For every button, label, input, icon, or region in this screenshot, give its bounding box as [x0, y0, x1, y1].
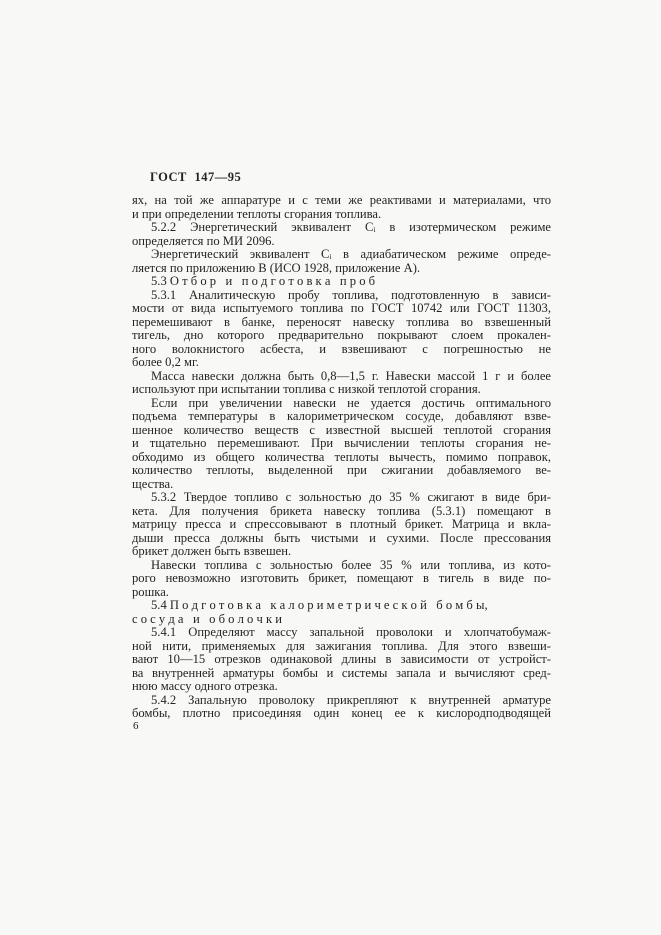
text-line: подъема температуры в калориметрическом … [132, 410, 551, 424]
text-line: бомбы, плотно присоединяя один конец ее … [132, 707, 551, 721]
text-line: ях, на той же аппаратуре и с теми же реа… [132, 194, 551, 208]
text-line: перемешивают в банке, переносят навеску … [132, 316, 551, 330]
text-line: нюю массу одного отрезка. [132, 680, 551, 694]
text-line: ляется по приложению В (ИСО 1928, прилож… [132, 262, 551, 276]
text-line: шенное количество веществ с известной вы… [132, 424, 551, 438]
text-line: вают 10—15 отрезков одинаковой длины в з… [132, 653, 551, 667]
text-line: брикет должен быть взвешен. [132, 545, 551, 559]
text-line: 5.4.2 Запальную проволоку прикрепляют к … [132, 694, 551, 708]
text-line: ной нити, применяемых для зажигания топл… [132, 640, 551, 654]
text-line: ного волокнистого асбеста, и взвешивают … [132, 343, 551, 357]
text-line: и тщательно перемешивают. При вычислении… [132, 437, 551, 451]
text-line: Масса навески должна быть 0,8—1,5 г. Нав… [132, 370, 551, 384]
text-line: 5.3 О т б о р и п о д г о т о в к а п р … [132, 275, 551, 289]
text-line: используют при испытании топлива с низко… [132, 383, 551, 397]
text-line: щества. [132, 478, 551, 492]
text-line: Энергетический эквивалент Cᵢ в адиабатич… [132, 248, 551, 262]
text-line: Навески топлива с зольностью более 35 % … [132, 559, 551, 573]
text-line: обходимо из общего количества теплоты вы… [132, 451, 551, 465]
text-line: матрицу пресса и спрессовывают в плотный… [132, 518, 551, 532]
text-line: 5.2.2 Энергетический эквивалент Cᵢ в изо… [132, 221, 551, 235]
text-line: с о с у д а и о б о л о ч к и [132, 613, 551, 627]
text-line: определяется по МИ 2096. [132, 235, 551, 249]
text-line: рого невозможно изготовить брикет, помещ… [132, 572, 551, 586]
document-body: ях, на той же аппаратуре и с теми же реа… [132, 194, 551, 721]
text-line: ва внутренней арматуры бомбы и системы з… [132, 667, 551, 681]
document-page: ГОСТ 147—95 ях, на той же аппаратуре и с… [0, 0, 661, 935]
text-line: Если при увеличении навески не удается д… [132, 397, 551, 411]
text-line: 5.3.2 Твердое топливо с зольностью до 35… [132, 491, 551, 505]
text-line: 5.3.1 Аналитическую пробу топлива, подго… [132, 289, 551, 303]
text-line: кета. Для получения брикета навеску топл… [132, 505, 551, 519]
text-line: рошка. [132, 586, 551, 600]
text-line: и при определении теплоты сгорания топли… [132, 208, 551, 222]
text-line: тигель, дно которого предварительно покр… [132, 329, 551, 343]
text-line: дыши пресса должны быть чистыми и сухими… [132, 532, 551, 546]
text-line: мости от вида испытуемого топлива по ГОС… [132, 302, 551, 316]
text-line: количество теплоты, выделенной при сжига… [132, 464, 551, 478]
text-line: более 0,2 мг. [132, 356, 551, 370]
text-line: 5.4 П о д г о т о в к а к а л о р и м е … [132, 599, 551, 613]
standard-designation: ГОСТ 147—95 [150, 170, 241, 185]
page-number: 6 [133, 720, 139, 732]
text-line: 5.4.1 Определяют массу запальной проволо… [132, 626, 551, 640]
